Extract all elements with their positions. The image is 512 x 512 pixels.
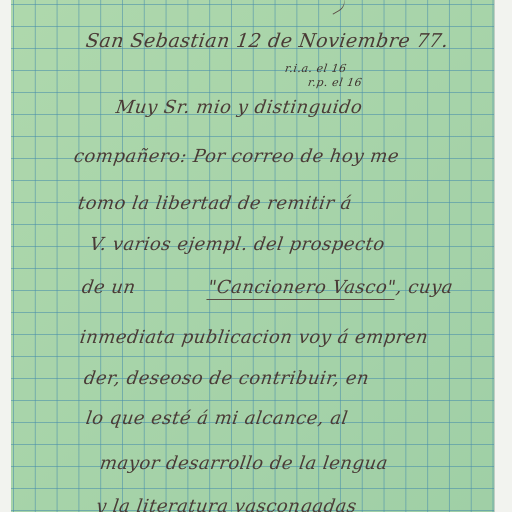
annotation-received: r.i.a. el 16 — [284, 62, 347, 75]
cropped-pen-stroke — [327, 0, 348, 15]
letter-line-6: inmediata publicacion voy á empren — [79, 327, 430, 348]
salutation-line: Muy Sr. mio y distinguido — [115, 97, 364, 118]
letter-line-7: der, deseoso de contribuir, en — [83, 368, 371, 389]
underlined-title: "Cancionero Vasco" — [206, 277, 397, 300]
letter-line-3: tomo la libertad de remitir á — [77, 193, 354, 214]
letter-line-10: y la literatura vascongadas — [95, 496, 359, 512]
annotation-replied: r.p. el 16 — [307, 76, 363, 89]
grid-paper-sheet — [11, 0, 494, 512]
dateline: San Sebastian 12 de Noviembre 77. — [84, 30, 450, 52]
letter-line-2: compañero: Por correo de hoy me — [73, 146, 401, 167]
letter-line-5a: de un — [81, 277, 138, 298]
letter-line-9: mayor desarrollo de la lengua — [99, 453, 390, 474]
letter-line-5b: , cuya — [395, 277, 455, 298]
letter-line-8: lo que esté á mi alcance, al — [85, 408, 350, 429]
letter-line-4: V. varios ejempl. del prospecto — [89, 234, 387, 255]
document-scan: San Sebastian 12 de Noviembre 77. r.i.a.… — [0, 0, 512, 512]
